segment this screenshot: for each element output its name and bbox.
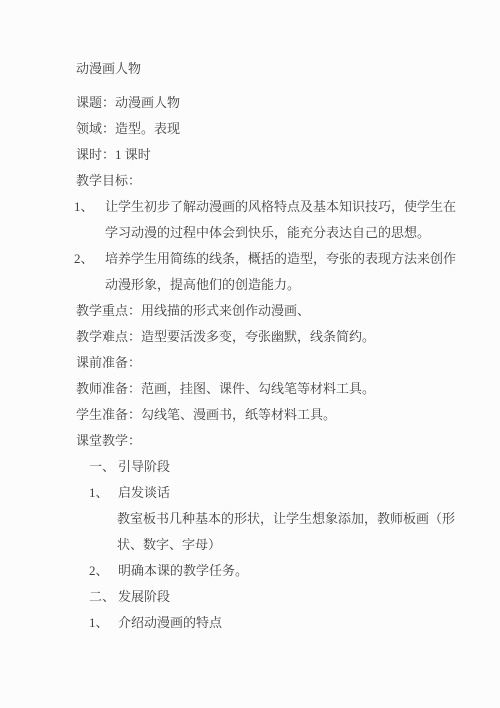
list-marker: 1、 — [89, 480, 118, 506]
list-marker: 2、 — [89, 558, 118, 584]
doc-title: 动漫画人物 — [76, 56, 500, 82]
list-item-continuation: 动漫形象，提高他们的创造能力。 — [105, 272, 500, 298]
list-marker: 二、 — [89, 584, 118, 610]
list-item: 2、明确本课的教学任务。 — [89, 558, 500, 584]
list-marker: 1、 — [74, 194, 105, 220]
doc-paragraph-preparation-heading: 课前准备： — [76, 350, 500, 376]
doc-paragraph-key-points: 教学重点：用线描的形式来创作动漫画、 — [76, 298, 500, 324]
list-marker: 一、 — [89, 454, 118, 480]
list-item: 二、发展阶段 — [89, 584, 500, 610]
list-item: 1、介绍动漫画的特点 — [89, 610, 500, 636]
document-page: 动漫画人物 课题：动漫画人物 领域：造型。表现 课时：1 课时 教学目标： 1、… — [0, 0, 500, 708]
list-item: 1、让学生初步了解动漫画的风格特点及基本知识技巧，使学生在 — [74, 194, 500, 220]
list-item: 1、启发谈话 — [89, 480, 500, 506]
list-marker: 2、 — [74, 246, 105, 272]
list-item: 2、培养学生用简练的线条，概括的造型，夸张的表现方法来创作 — [74, 246, 500, 272]
doc-paragraph-field: 领域：造型。表现 — [76, 116, 500, 142]
list-item-text: 让学生初步了解动漫画的风格特点及基本知识技巧，使学生在 — [105, 199, 456, 214]
doc-paragraph-topic: 课题：动漫画人物 — [76, 90, 500, 116]
list-item-continuation: 状、数字、字母） — [117, 532, 500, 558]
list-item-text: 发展阶段 — [118, 589, 170, 604]
list-item-continuation: 教室板书几种基本的形状，让学生想象添加，教师板画（形 — [117, 506, 500, 532]
doc-paragraph-teacher-preparation: 教师准备：范画，挂图、课件、勾线笔等材料工具。 — [76, 376, 500, 402]
list-item-text: 启发谈话 — [118, 485, 170, 500]
list-item-text: 明确本课的教学任务。 — [118, 563, 248, 578]
list-item-continuation: 学习动漫的过程中体会到快乐，能充分表达自己的思想。 — [105, 220, 500, 246]
list-item-text: 介绍动漫画的特点 — [118, 615, 222, 630]
list-marker: 1、 — [89, 610, 118, 636]
list-item-text: 引导阶段 — [118, 459, 170, 474]
list-item: 一、引导阶段 — [89, 454, 500, 480]
doc-paragraph-objectives-heading: 教学目标： — [76, 168, 500, 194]
list-item-text: 培养学生用简练的线条，概括的造型，夸张的表现方法来创作 — [105, 251, 456, 266]
doc-paragraph-periods: 课时：1 课时 — [76, 142, 500, 168]
doc-paragraph-student-preparation: 学生准备：勾线笔、漫画书，纸等材料工具。 — [76, 402, 500, 428]
doc-paragraph-difficulties: 教学难点：造型要活泼多变，夸张幽默，线条简约。 — [76, 324, 500, 350]
doc-paragraph-teaching-heading: 课堂教学： — [76, 428, 500, 454]
